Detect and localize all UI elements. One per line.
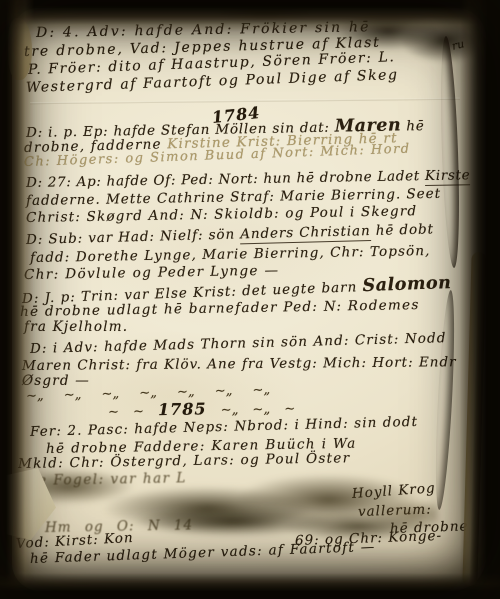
text-segment: Salomon bbox=[362, 273, 452, 296]
text-segment: de Fogel: var har L bbox=[28, 470, 187, 489]
text-segment: Hoyll Krog bbox=[351, 480, 436, 502]
text-segment: ~„ ~„ ~ bbox=[206, 402, 295, 419]
text-segment: fra Kjelholm. bbox=[24, 319, 128, 335]
page-edge-fragment: ru bbox=[450, 37, 465, 53]
register-line: Maren Christ: fra Klöv. Ane fra Vestg: M… bbox=[22, 354, 457, 374]
manuscript-photo: D: 4. Adv: hafde And: Frökier sin hētre … bbox=[0, 0, 500, 599]
year-heading-1785-row: ~ ~ 1785 ~„ ~„ ~ bbox=[108, 398, 295, 420]
text-segment: vallerum: bbox=[358, 501, 432, 520]
text-segment: D: Sub: var Had: Nielf: sön bbox=[26, 226, 241, 248]
text-segment: Anders Christian bbox=[240, 223, 371, 244]
register-line: Hoyll Krog bbox=[351, 480, 436, 502]
text-segment: ~ ~ bbox=[108, 404, 158, 420]
text-segment: hē dobt bbox=[370, 221, 434, 239]
text-segment: ru bbox=[450, 37, 465, 53]
register-line: de Fogel: var har L bbox=[28, 470, 187, 489]
register-line: fra Kjelholm. bbox=[24, 319, 128, 335]
text-segment: Maren Christ: fra Klöv. Ane fra Vestg: M… bbox=[22, 354, 457, 374]
register-line: vallerum: bbox=[358, 501, 432, 520]
handwriting-layer: D: 4. Adv: hafde And: Frökier sin hētre … bbox=[0, 0, 500, 599]
text-segment: hē bbox=[401, 118, 425, 134]
text-segment: 1785 bbox=[158, 399, 207, 419]
